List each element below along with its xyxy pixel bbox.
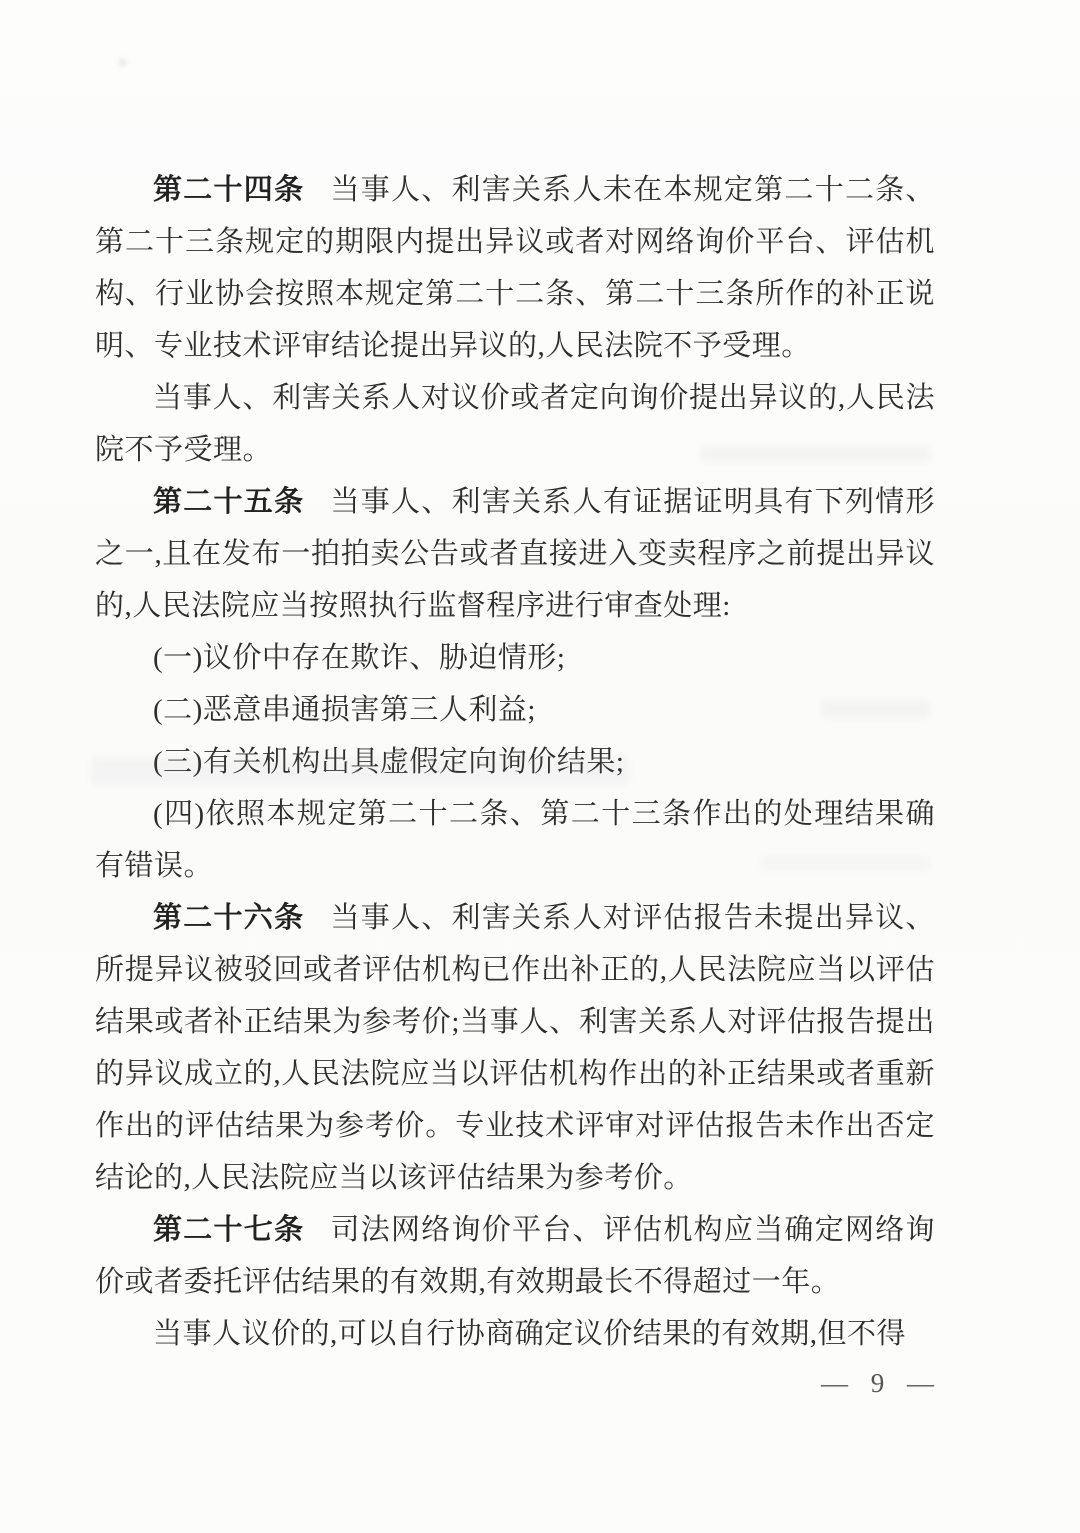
article-27-paragraph-2-text: 当事人议价的,可以自行协商确定议价结果的有效期,但不得 bbox=[153, 1318, 906, 1350]
article-24-paragraph-2: 当事人、利害关系人对议价或者定向询价提出异议的,人民法院不予受理。 bbox=[95, 372, 935, 476]
article-25-item-2-text: (二)恶意串通损害第三人利益; bbox=[153, 694, 536, 726]
page-number: — 9 — bbox=[821, 1368, 942, 1399]
article-26-number: 第二十六条 bbox=[153, 902, 304, 934]
article-25-item-4-text: (四)依照本规定第二十二条、第二十三条作出的处理结果确有错误。 bbox=[95, 798, 935, 882]
article-25-number: 第二十五条 bbox=[153, 486, 304, 518]
article-24-paragraph-2-text: 当事人、利害关系人对议价或者定向询价提出异议的,人民法院不予受理。 bbox=[95, 382, 935, 466]
article-25-item-4: (四)依照本规定第二十二条、第二十三条作出的处理结果确有错误。 bbox=[95, 788, 935, 892]
article-27-number: 第二十七条 bbox=[153, 1214, 304, 1246]
article-27-paragraph-2: 当事人议价的,可以自行协商确定议价结果的有效期,但不得 bbox=[95, 1308, 935, 1360]
article-27-paragraph: 第二十七条司法网络询价平台、评估机构应当确定网络询价或者委托评估结果的有效期,有… bbox=[95, 1204, 935, 1308]
article-24-paragraph: 第二十四条当事人、利害关系人未在本规定第二十二条、第二十三条规定的期限内提出异议… bbox=[95, 164, 935, 372]
document-body: 第二十四条当事人、利害关系人未在本规定第二十二条、第二十三条规定的期限内提出异议… bbox=[95, 164, 935, 1360]
article-25-item-3-text: (三)有关机构出具虚假定向询价结果; bbox=[153, 746, 624, 778]
article-25-item-2: (二)恶意串通损害第三人利益; bbox=[95, 684, 935, 736]
article-26-text: 当事人、利害关系人对评估报告未提出异议、所提异议被驳回或者评估机构已作出补正的,… bbox=[95, 902, 935, 1194]
article-25-paragraph: 第二十五条当事人、利害关系人有证据证明具有下列情形之一,且在发布一拍拍卖公告或者… bbox=[95, 476, 935, 632]
article-25-item-3: (三)有关机构出具虚假定向询价结果; bbox=[95, 736, 935, 788]
article-25-item-1-text: (一)议价中存在欺诈、胁迫情形; bbox=[153, 642, 565, 674]
scanned-document-page: 第二十四条当事人、利害关系人未在本规定第二十二条、第二十三条规定的期限内提出异议… bbox=[0, 0, 1080, 1533]
scan-speck bbox=[120, 60, 125, 65]
article-25-item-1: (一)议价中存在欺诈、胁迫情形; bbox=[95, 632, 935, 684]
article-26-paragraph: 第二十六条当事人、利害关系人对评估报告未提出异议、所提异议被驳回或者评估机构已作… bbox=[95, 892, 935, 1204]
article-24-number: 第二十四条 bbox=[153, 174, 304, 206]
